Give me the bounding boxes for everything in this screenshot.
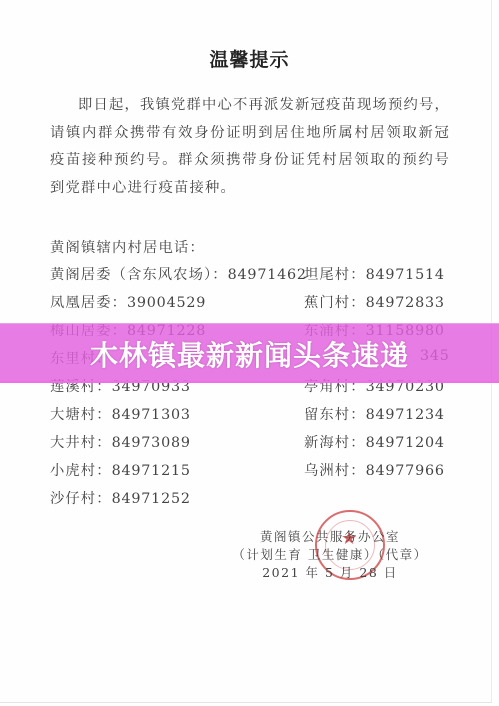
contacts-heading: 黄阁镇辖内村居电话： — [50, 237, 205, 257]
banner-headline: 木林镇最新新闻头条速递 — [0, 334, 499, 374]
contact-row: 坦尾村：84971514 — [304, 264, 445, 284]
contact-row: 新海村：84971204 — [304, 432, 445, 452]
contact-row: 蕉门村：84972833 — [304, 292, 445, 312]
signature-sub: （计划生育 卫生健康）（代章） — [230, 546, 430, 564]
document-title: 温馨提示 — [0, 45, 499, 72]
headline-banner: 木林镇最新新闻头条速递 — [0, 323, 499, 383]
signature-org: 黄阁镇公共服务办公室 — [230, 528, 430, 546]
contact-row: 大井村：84973089 — [50, 432, 191, 452]
contact-row: 凤凰居委：39004529 — [50, 292, 206, 312]
signature-block: 黄阁镇公共服务办公室 （计划生育 卫生健康）（代章） 2021 年 5 月 28… — [230, 528, 430, 582]
notice-text: 即日起，我镇党群中心不再派发新冠疫苗现场预约号，请镇内群众携带有效身份证明到居住… — [50, 97, 450, 196]
signature-date: 2021 年 5 月 28 日 — [230, 564, 430, 582]
contact-row: 沙仔村：84971252 — [50, 488, 191, 508]
contact-row: 小虎村：84971215 — [50, 460, 191, 480]
contact-row: 大塘村：84971303 — [50, 404, 191, 424]
notice-paragraph: 即日起，我镇党群中心不再派发新冠疫苗现场预约号，请镇内群众携带有效身份证明到居住… — [50, 92, 450, 202]
contact-row: 留东村：84971234 — [304, 404, 445, 424]
contact-row: 乌洲村：84977966 — [304, 460, 445, 480]
contact-row: 黄阁居委（含东风农场）：84971462 — [50, 264, 307, 284]
